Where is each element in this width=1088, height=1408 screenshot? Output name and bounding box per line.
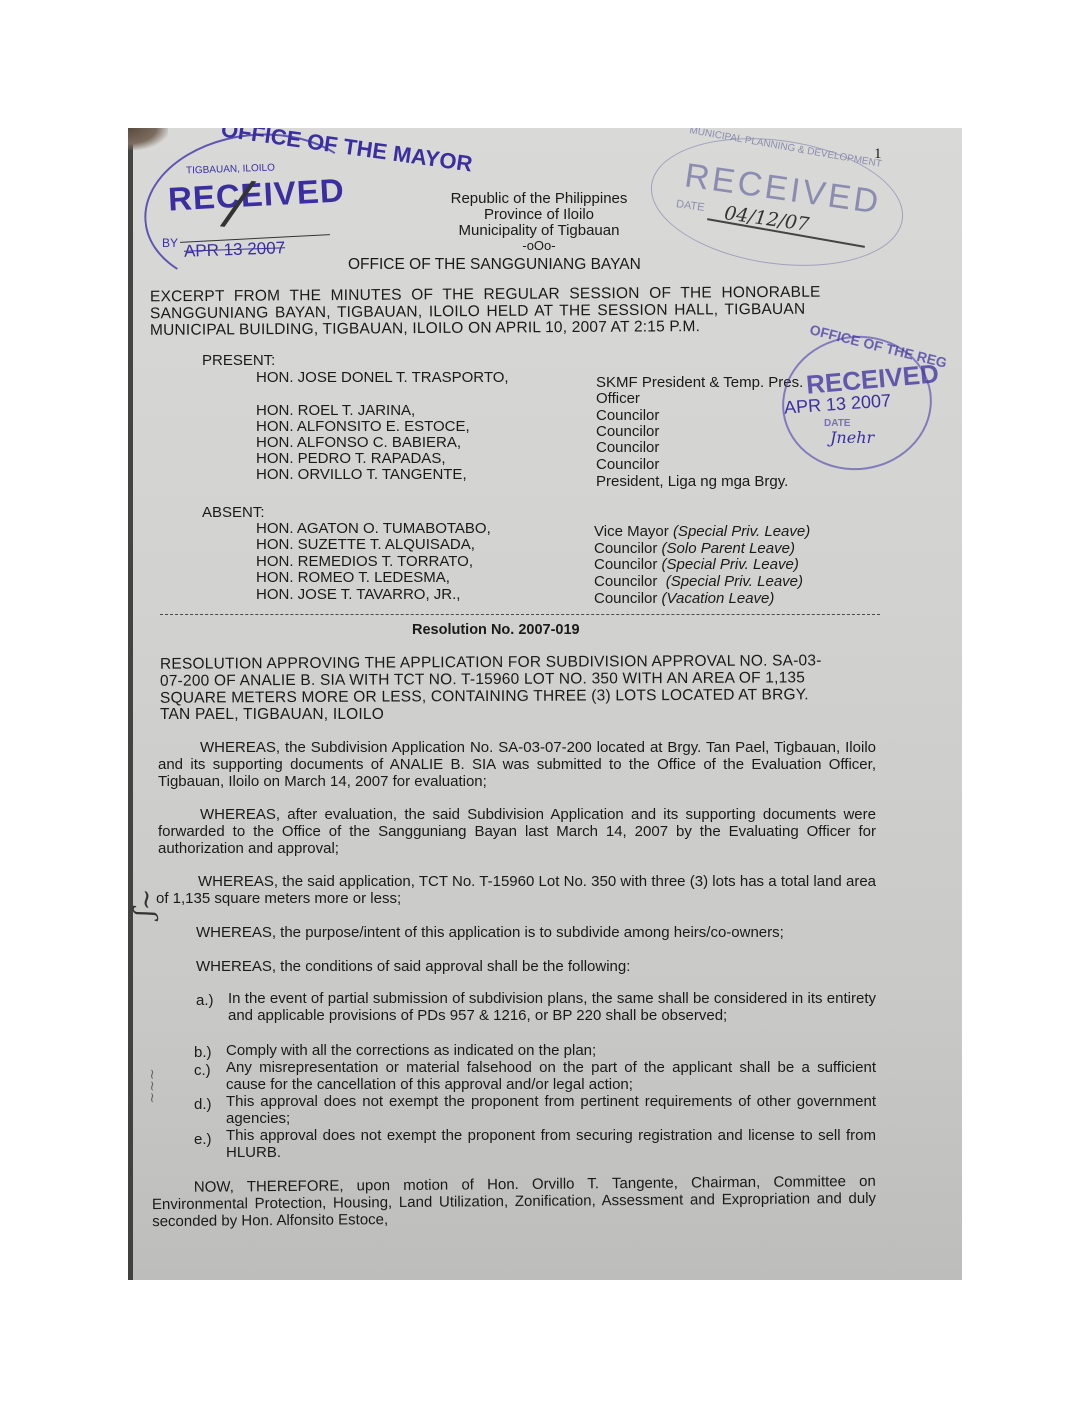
condition-text: In the event of partial submission of su… — [228, 990, 876, 1024]
dashed-divider — [160, 614, 880, 615]
now-therefore-clause: NOW, THEREFORE, upon motion of Hon. Orvi… — [152, 1173, 876, 1230]
present-label: PRESENT: — [202, 352, 275, 369]
header-office: OFFICE OF THE SANGGUNIANG BAYAN — [348, 256, 641, 274]
header-republic: Republic of the Philippines — [128, 190, 956, 207]
condition-marker: a.) — [196, 992, 214, 1009]
resolution-title-line: TAN PAEL, TIGBAUAN, ILOILO — [160, 706, 384, 724]
condition-marker: d.) — [194, 1096, 212, 1113]
absent-member-role: Councilor (Vacation Leave) — [594, 590, 774, 607]
absent-member-name: HON. REMEDIOS T. TORRATO, — [256, 553, 473, 570]
absent-member-name: HON. JOSE T. TAVARRO, JR., — [256, 586, 460, 603]
present-member-role: Councilor — [596, 456, 659, 473]
absent-member-role: Councilor (Special Priv. Leave) — [594, 556, 799, 573]
resolution-title-line: SQUARE METERS MORE OR LESS, CONTAINING T… — [160, 686, 809, 707]
resolution-number: Resolution No. 2007-019 — [412, 622, 580, 638]
excerpt-line: MUNICIPAL BUILDING, TIGBAUAN, ILOILO ON … — [150, 318, 700, 340]
present-member-name: HON. JOSE DONEL T. TRASPORTO, — [256, 369, 509, 386]
header-municipality: Municipality of Tigbauan — [128, 222, 956, 239]
absent-member-name: HON. ROMEO T. LEDESMA, — [256, 569, 450, 586]
present-member-role: Councilor — [596, 423, 659, 440]
absent-member-role: Councilor (Special Priv. Leave) — [594, 573, 803, 590]
present-member-name: HON. PEDRO T. RAPADAS, — [256, 450, 446, 467]
present-member-name: HON. ORVILLO T. TANGENTE, — [256, 466, 467, 483]
whereas-clause: WHEREAS, the Subdivision Application No.… — [158, 739, 876, 790]
absent-member-name: HON. AGATON O. TUMABOTABO, — [256, 520, 491, 537]
whereas-clause: WHEREAS, the conditions of said approval… — [196, 958, 630, 975]
document-page: 1 OFFICE OF THE MAYOR TIGBAUAN, ILOILO R… — [128, 128, 962, 1280]
present-member-name: HON. ALFONSITO E. ESTOCE, — [256, 418, 470, 435]
condition-text: Comply with all the corrections as indic… — [226, 1042, 596, 1059]
present-member-role: Officer — [596, 390, 640, 407]
absent-member-role: Vice Mayor (Special Priv. Leave) — [594, 523, 810, 540]
present-member-role: Councilor — [596, 407, 659, 424]
whereas-clause: WHEREAS, the purpose/intent of this appl… — [196, 924, 784, 941]
present-member-role: Councilor — [596, 439, 659, 456]
present-member-name: HON. ROEL T. JARINA, — [256, 402, 415, 419]
whereas-clause: WHEREAS, the said application, TCT No. T… — [156, 873, 876, 907]
condition-text: Any misrepresentation or material falseh… — [226, 1059, 876, 1093]
condition-marker: b.) — [194, 1044, 212, 1061]
condition-text: This approval does not exempt the propon… — [226, 1093, 876, 1127]
header-separator: -oOo- — [128, 238, 956, 253]
condition-text: This approval does not exempt the propon… — [226, 1127, 876, 1161]
present-member-name: HON. ALFONSO C. BABIERA, — [256, 434, 461, 451]
present-member-role: SKMF President & Temp. Pres. — [596, 374, 803, 391]
absent-member-role: Councilor (Solo Parent Leave) — [594, 540, 795, 557]
page-corner-shadow — [128, 128, 168, 150]
condition-marker: e.) — [194, 1131, 212, 1148]
header-province: Province of Iloilo — [128, 206, 956, 223]
absent-label: ABSENT: — [202, 504, 265, 521]
absent-member-name: HON. SUZETTE T. ALQUISADA, — [256, 536, 475, 553]
margin-initials: ~~~ — [144, 1068, 160, 1103]
stamp-signature: Jnehr — [830, 428, 874, 447]
present-member-role: President, Liga ng mga Brgy. — [596, 473, 788, 490]
condition-marker: c.) — [194, 1062, 211, 1079]
margin-signature: ~ʃ — [131, 889, 161, 918]
whereas-clause: WHEREAS, after evaluation, the said Subd… — [158, 806, 876, 857]
